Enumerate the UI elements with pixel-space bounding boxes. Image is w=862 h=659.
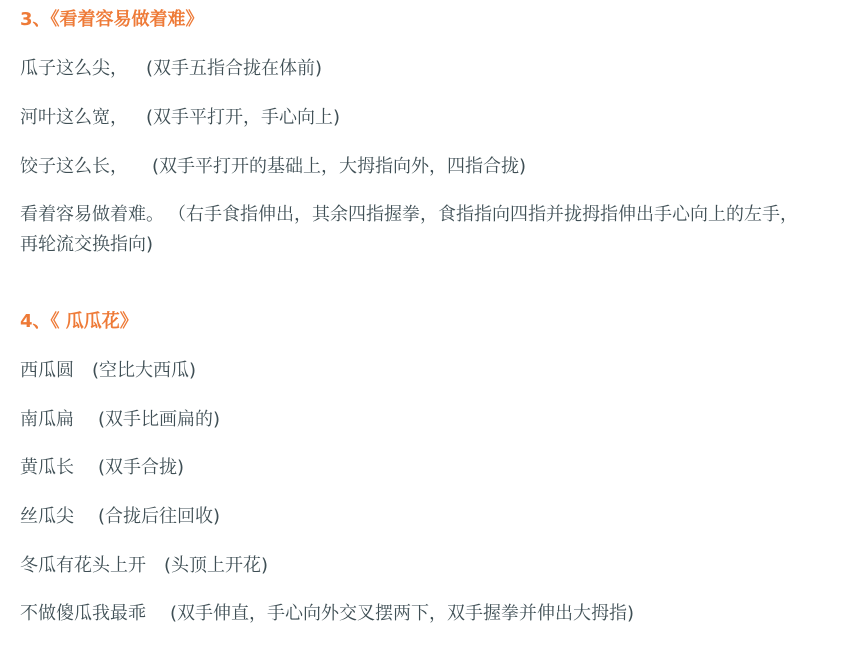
rhyme-text: 不做傻瓜我最乖	[20, 603, 146, 624]
list-item: 黄瓜长(双手合拢)	[20, 453, 184, 483]
list-item: 冬瓜有花头上开(头顶上开花)	[20, 551, 268, 581]
action-note: (双手五指合拢在体前)	[146, 58, 322, 79]
list-item-continuation: 再轮流交换指向)	[20, 230, 153, 260]
rhyme-text: 西瓜圆	[20, 360, 74, 381]
list-item: 瓜子这么尖，(双手五指合拢在体前)	[20, 54, 322, 84]
list-item: 河叶这么宽，(双手平打开，手心向上)	[20, 103, 340, 133]
list-item: 丝瓜尖(合拢后往回收)	[20, 502, 220, 532]
list-item: 西瓜圆(空比大西瓜)	[20, 356, 196, 386]
rhyme-text: 南瓜扁	[20, 409, 74, 430]
action-note: (双手平打开，手心向上)	[146, 107, 340, 128]
rhyme-text: 丝瓜尖	[20, 506, 74, 527]
list-item: 南瓜扁(双手比画扁的)	[20, 405, 220, 435]
action-note: (头顶上开花)	[164, 555, 268, 576]
list-item: 饺子这么长，(双手平打开的基础上，大拇指向外，四指合拢)	[20, 152, 526, 182]
rhyme-text: 饺子这么长，	[20, 156, 128, 177]
rhyme-text: 看着容易做着难。	[20, 204, 164, 225]
list-item: 看着容易做着难。（右手食指伸出，其余四指握拳，食指指向四指并拢拇指伸出手心向上的…	[20, 200, 798, 230]
rhyme-text: 黄瓜长	[20, 457, 74, 478]
action-note: (合拢后往回收)	[98, 506, 220, 527]
action-note: (双手伸直，手心向外交叉摆两下，双手握拳并伸出大拇指)	[170, 603, 634, 624]
rhyme-text: 瓜子这么尖，	[20, 58, 128, 79]
list-item: 不做傻瓜我最乖(双手伸直，手心向外交叉摆两下，双手握拳并伸出大拇指)	[20, 599, 634, 629]
section-heading-4: 4、《 瓜瓜花》	[20, 307, 138, 337]
action-note: （右手食指伸出，其余四指握拳，食指指向四指并拢拇指伸出手心向上的左手，	[168, 204, 798, 225]
action-note: (双手平打开的基础上，大拇指向外，四指合拢)	[152, 156, 526, 177]
rhyme-text: 河叶这么宽，	[20, 107, 128, 128]
action-note: (双手合拢)	[98, 457, 184, 478]
action-note: (空比大西瓜)	[92, 360, 196, 381]
rhyme-text: 冬瓜有花头上开	[20, 555, 146, 576]
action-note: (双手比画扁的)	[98, 409, 220, 430]
section-heading-3: 3、《看着容易做着难》	[20, 5, 204, 35]
